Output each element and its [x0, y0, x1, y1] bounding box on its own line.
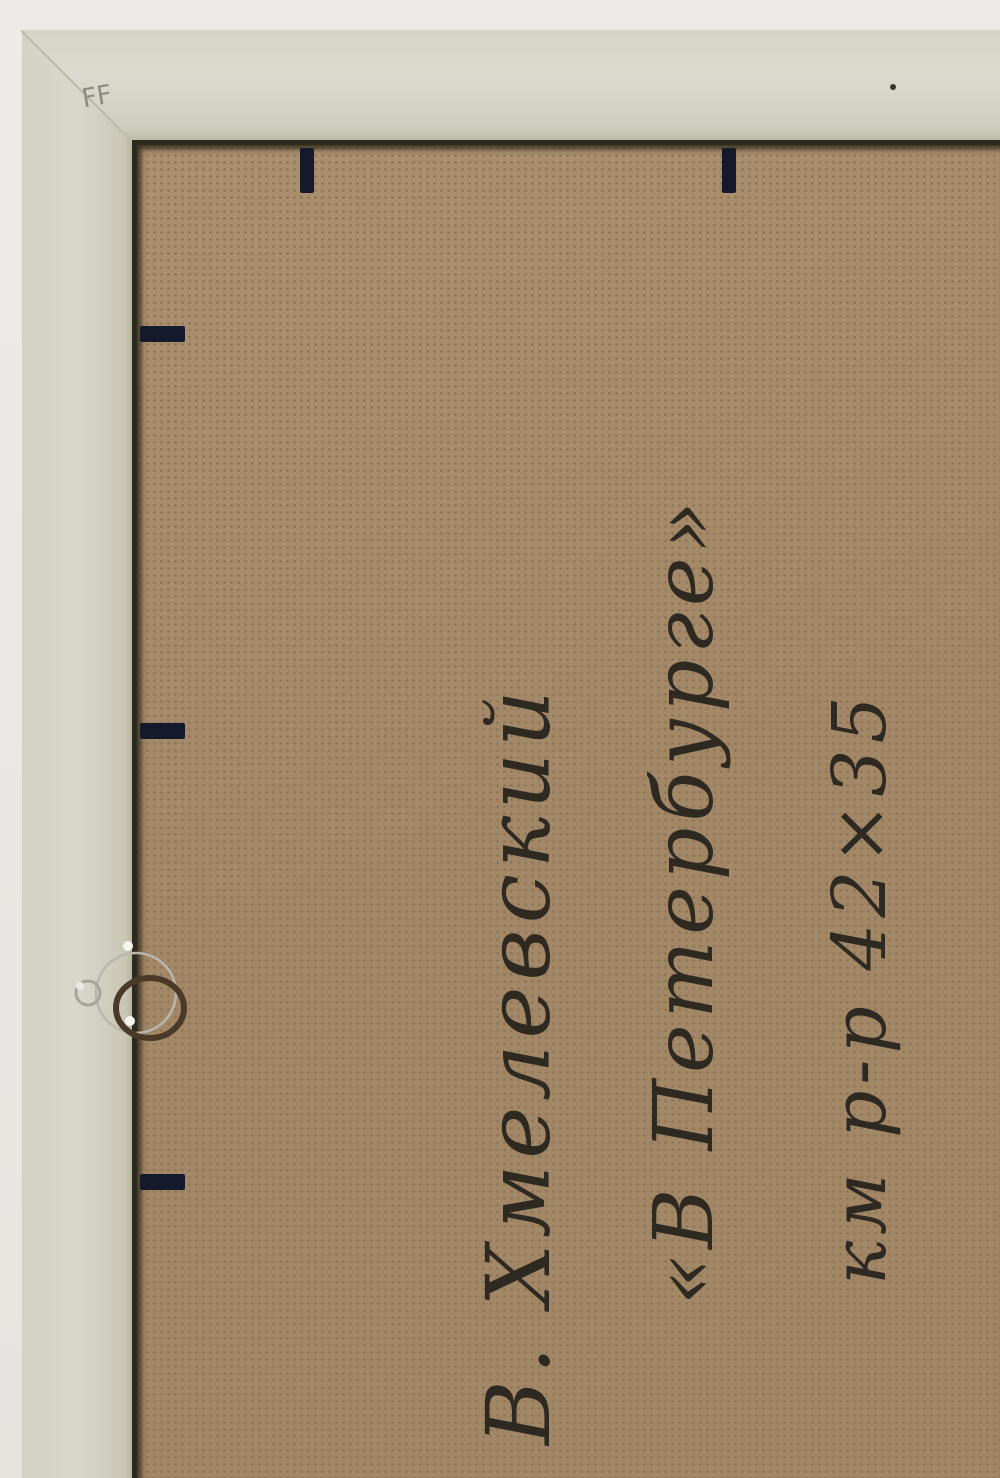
retaining-clip-left-3 [140, 1174, 185, 1190]
inscription-year: 1978 г. [987, 621, 1000, 965]
frame-spot [890, 84, 896, 90]
handwritten-inscription: В. Хмелевский «В Петербурге» км р-р 42×3… [437, 465, 1000, 1465]
inscription-medium-size: км р-р 42×35 [817, 690, 903, 1285]
retaining-clip-top-1 [300, 148, 314, 193]
hanging-ring-icon [68, 938, 188, 1048]
inscription-artist-name: В. Хмелевский [467, 684, 570, 1445]
frame-left-rail [22, 30, 137, 1478]
retaining-clip-top-2 [722, 148, 736, 193]
frame-top-rail [22, 30, 1000, 145]
inscription-title: «В Петербурге» [637, 495, 732, 1305]
frame-etched-mark: FF [80, 80, 115, 115]
retaining-clip-left-1 [140, 326, 185, 342]
hardboard-backing: В. Хмелевский «В Петербурге» км р-р 42×3… [137, 145, 1000, 1478]
retaining-clip-left-2 [140, 723, 185, 739]
